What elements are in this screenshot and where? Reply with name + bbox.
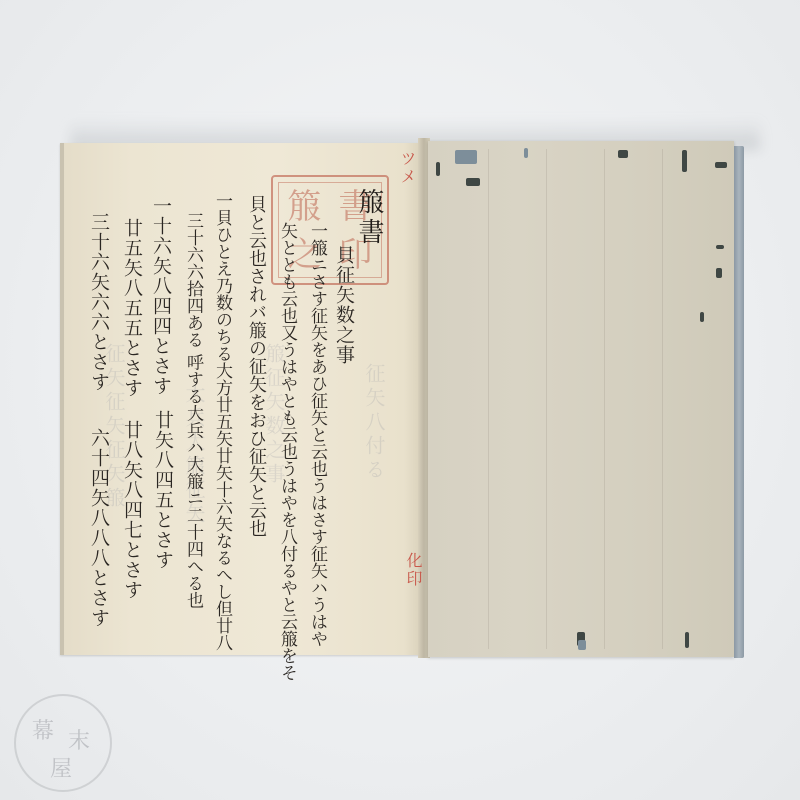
wormhole xyxy=(578,640,586,650)
text-column: 一貝ひとえ乃数のちる大方廿五矢廿矢十六矢なるへし但廿八 xyxy=(212,192,232,651)
ruled-line xyxy=(546,149,547,649)
text-column: 三十六六拾四ある 呼する大兵ハ大箙ニ二十四へる也 xyxy=(183,212,203,608)
red-annotation-left: ツメ xyxy=(396,150,419,186)
bleed-through-text: 征矢八付る xyxy=(360,363,389,483)
wormhole xyxy=(716,245,724,249)
wormhole xyxy=(455,150,477,164)
text-column: 廿八矢八四七とさす xyxy=(121,420,143,600)
wormhole xyxy=(618,150,628,158)
watermark-char: 屋 xyxy=(50,752,72,783)
wormhole xyxy=(715,162,727,168)
book-cover-edge xyxy=(734,146,744,658)
wormhole xyxy=(682,150,687,172)
text-column: 六十四矢八八八とさす xyxy=(88,428,110,628)
open-book: 征矢征矢征矢箙 大兵大箙征矢 箙征矢数之事 征矢八付る 箙 書 之 印 箙書 ツ… xyxy=(0,0,800,800)
shop-watermark-logo: 幕 末 屋 xyxy=(14,694,112,792)
watermark-char: 末 xyxy=(68,724,90,755)
text-column: 貝征矢数之事 xyxy=(333,245,355,365)
text-column: 一十六矢八四四とさす xyxy=(150,196,172,396)
text-column: 貝と云也されバ箙の征矢をおひ征矢と云也 xyxy=(245,195,267,537)
ruled-line xyxy=(604,149,605,649)
wormhole xyxy=(524,148,528,158)
ruled-line xyxy=(488,149,489,649)
text-column: 三十六矢六六とさす xyxy=(88,212,110,392)
red-annotation-right: 化印 xyxy=(402,552,425,588)
text-column: 一箙ニさす征矢をあひ征矢と云也うはさす征矢ハうはや xyxy=(307,222,327,647)
watermark-char: 幕 xyxy=(32,714,54,745)
page-title: 箙書 xyxy=(358,188,380,248)
wormhole xyxy=(685,632,689,648)
text-column: 矢ととも云也又うはやとも云也うはやを八付るやと云箙をそ xyxy=(277,222,297,681)
text-column: 廿五矢八五五とさす xyxy=(121,218,143,398)
text-column: 廿矢八四五とさす xyxy=(152,410,174,570)
wormhole xyxy=(436,162,440,176)
wormhole xyxy=(716,268,722,278)
right-page xyxy=(428,141,734,657)
ruled-line xyxy=(662,149,663,649)
wormhole xyxy=(700,312,704,322)
wormhole xyxy=(466,178,480,186)
